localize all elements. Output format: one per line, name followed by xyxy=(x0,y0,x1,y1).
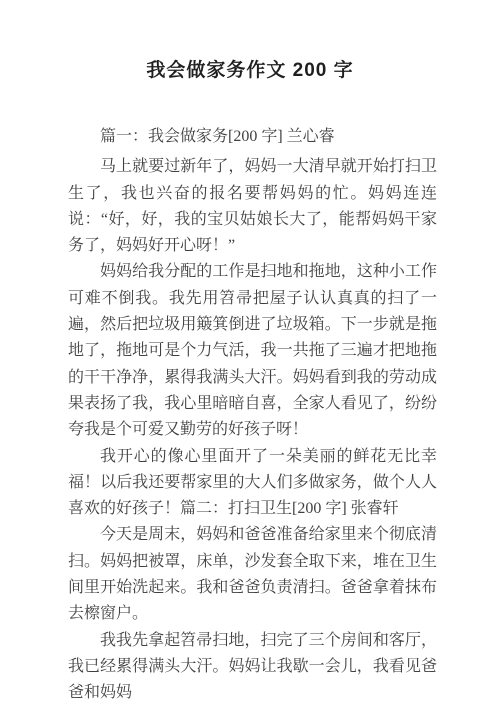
section-heading-part-one: 篇一：我会做家务[200 字] 兰心睿 xyxy=(68,124,437,150)
document-page: 我会做家务作文 200 字 篇一：我会做家务[200 字] 兰心睿 马上就要过新… xyxy=(0,0,500,708)
paragraph: 我开心的像心里面开了一朵美丽的鲜花无比幸福！以后我还要帮家里的大人们多做家务，做… xyxy=(68,444,437,523)
document-title: 我会做家务作文 200 字 xyxy=(0,0,500,84)
paragraph: 马上就要过新年了，妈妈一大清早就开始打扫卫生了，我也兴奋的报名要帮妈妈的忙。妈妈… xyxy=(68,154,437,259)
paragraph: 妈妈给我分配的工作是扫地和拖地，这种小工作可难不倒我。我先用笤帚把屋子认认真真的… xyxy=(68,259,437,443)
paragraph: 今天是周末，妈妈和爸爸准备给家里来个彻底清扫。妈妈把被罩，床单，沙发套全取下来，… xyxy=(68,522,437,627)
paragraph: 我我先拿起笤帚扫地，扫完了三个房间和客厅，我已经累得满头大汗。妈妈让我歇一会儿，… xyxy=(68,628,437,707)
document-body: 篇一：我会做家务[200 字] 兰心睿 马上就要过新年了，妈妈一大清早就开始打扫… xyxy=(68,124,437,707)
